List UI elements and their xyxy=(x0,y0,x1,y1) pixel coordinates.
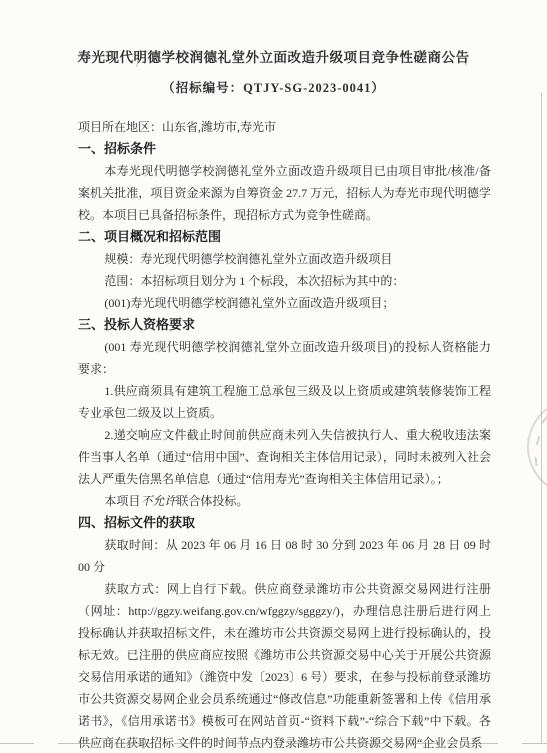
stamp-mark xyxy=(535,457,538,466)
lot-line: (001)寿光现代明德学校润德礼堂外立面改造升级项目； xyxy=(78,292,491,314)
scan-bottom-edge xyxy=(0,743,547,744)
joint-bid-suffix: 联合体投标。 xyxy=(176,494,248,508)
qualification-req-2: 2.递交响应文件截止时间前供应商未列入失信被执行人、重大税收违法案件当事人名单（… xyxy=(78,424,491,490)
project-scope-line: 范围：本招标项目划分为 1 个标段，本次招标为其中的： xyxy=(78,270,491,292)
section-3-heading: 三、投标人资格要求 xyxy=(78,314,491,336)
tender-number: （招标编号：QTJY-SG-2023-0041） xyxy=(0,78,547,96)
scanned-document-page: 寿光现代明德学校润德礼堂外立面改造升级项目竞争性磋商公告 （招标编号：QTJY-… xyxy=(0,0,547,753)
stamp-mark xyxy=(541,415,547,423)
section-2-heading: 二、项目概况和招标范围 xyxy=(78,226,491,248)
joint-bid-line: 本项目不允许联合体投标。 xyxy=(78,490,491,512)
project-location: 项目所在地区：山东省,潍坊市,寿光市 xyxy=(78,116,491,138)
stamp-mark xyxy=(536,436,540,445)
joint-bid-emphasis: 不允许 xyxy=(140,494,176,508)
joint-bid-prefix: 本项目 xyxy=(104,494,140,508)
section-1-paragraph: 本寿光现代明德学校润德礼堂外立面改造升级项目已由项目审批/核准/备案机关批准，项… xyxy=(78,160,491,226)
project-scale-line: 规模：寿光现代明德学校润德礼堂外立面改造升级项目 xyxy=(78,248,491,270)
obtain-method-paragraph: 获取方式：网上自行下载。供应商登录潍坊市公共资源交易网进行注册（网址：http:… xyxy=(78,578,491,753)
document-body: 项目所在地区：山东省,潍坊市,寿光市 一、招标条件 本寿光现代明德学校润德礼堂外… xyxy=(78,116,491,753)
partial-stamp xyxy=(527,397,547,497)
title-block: 寿光现代明德学校润德礼堂外立面改造升级项目竞争性磋商公告 （招标编号：QTJY-… xyxy=(0,0,547,96)
section-1-heading: 一、招标条件 xyxy=(78,138,491,160)
qualification-req-1: 1.供应商须具有建筑工程施工总承包三级及以上资质或建筑装修装饰工程专业承包二级及… xyxy=(78,380,491,424)
qualification-intro: (001 寿光现代明德学校润德礼堂外立面改造升级项目)的投标人资格能力要求： xyxy=(78,336,491,380)
section-4-heading: 四、招标文件的获取 xyxy=(78,512,491,534)
obtain-time-line: 获取时间：从 2023 年 06 月 16 日 08 时 30 分到 2023 … xyxy=(78,534,491,578)
